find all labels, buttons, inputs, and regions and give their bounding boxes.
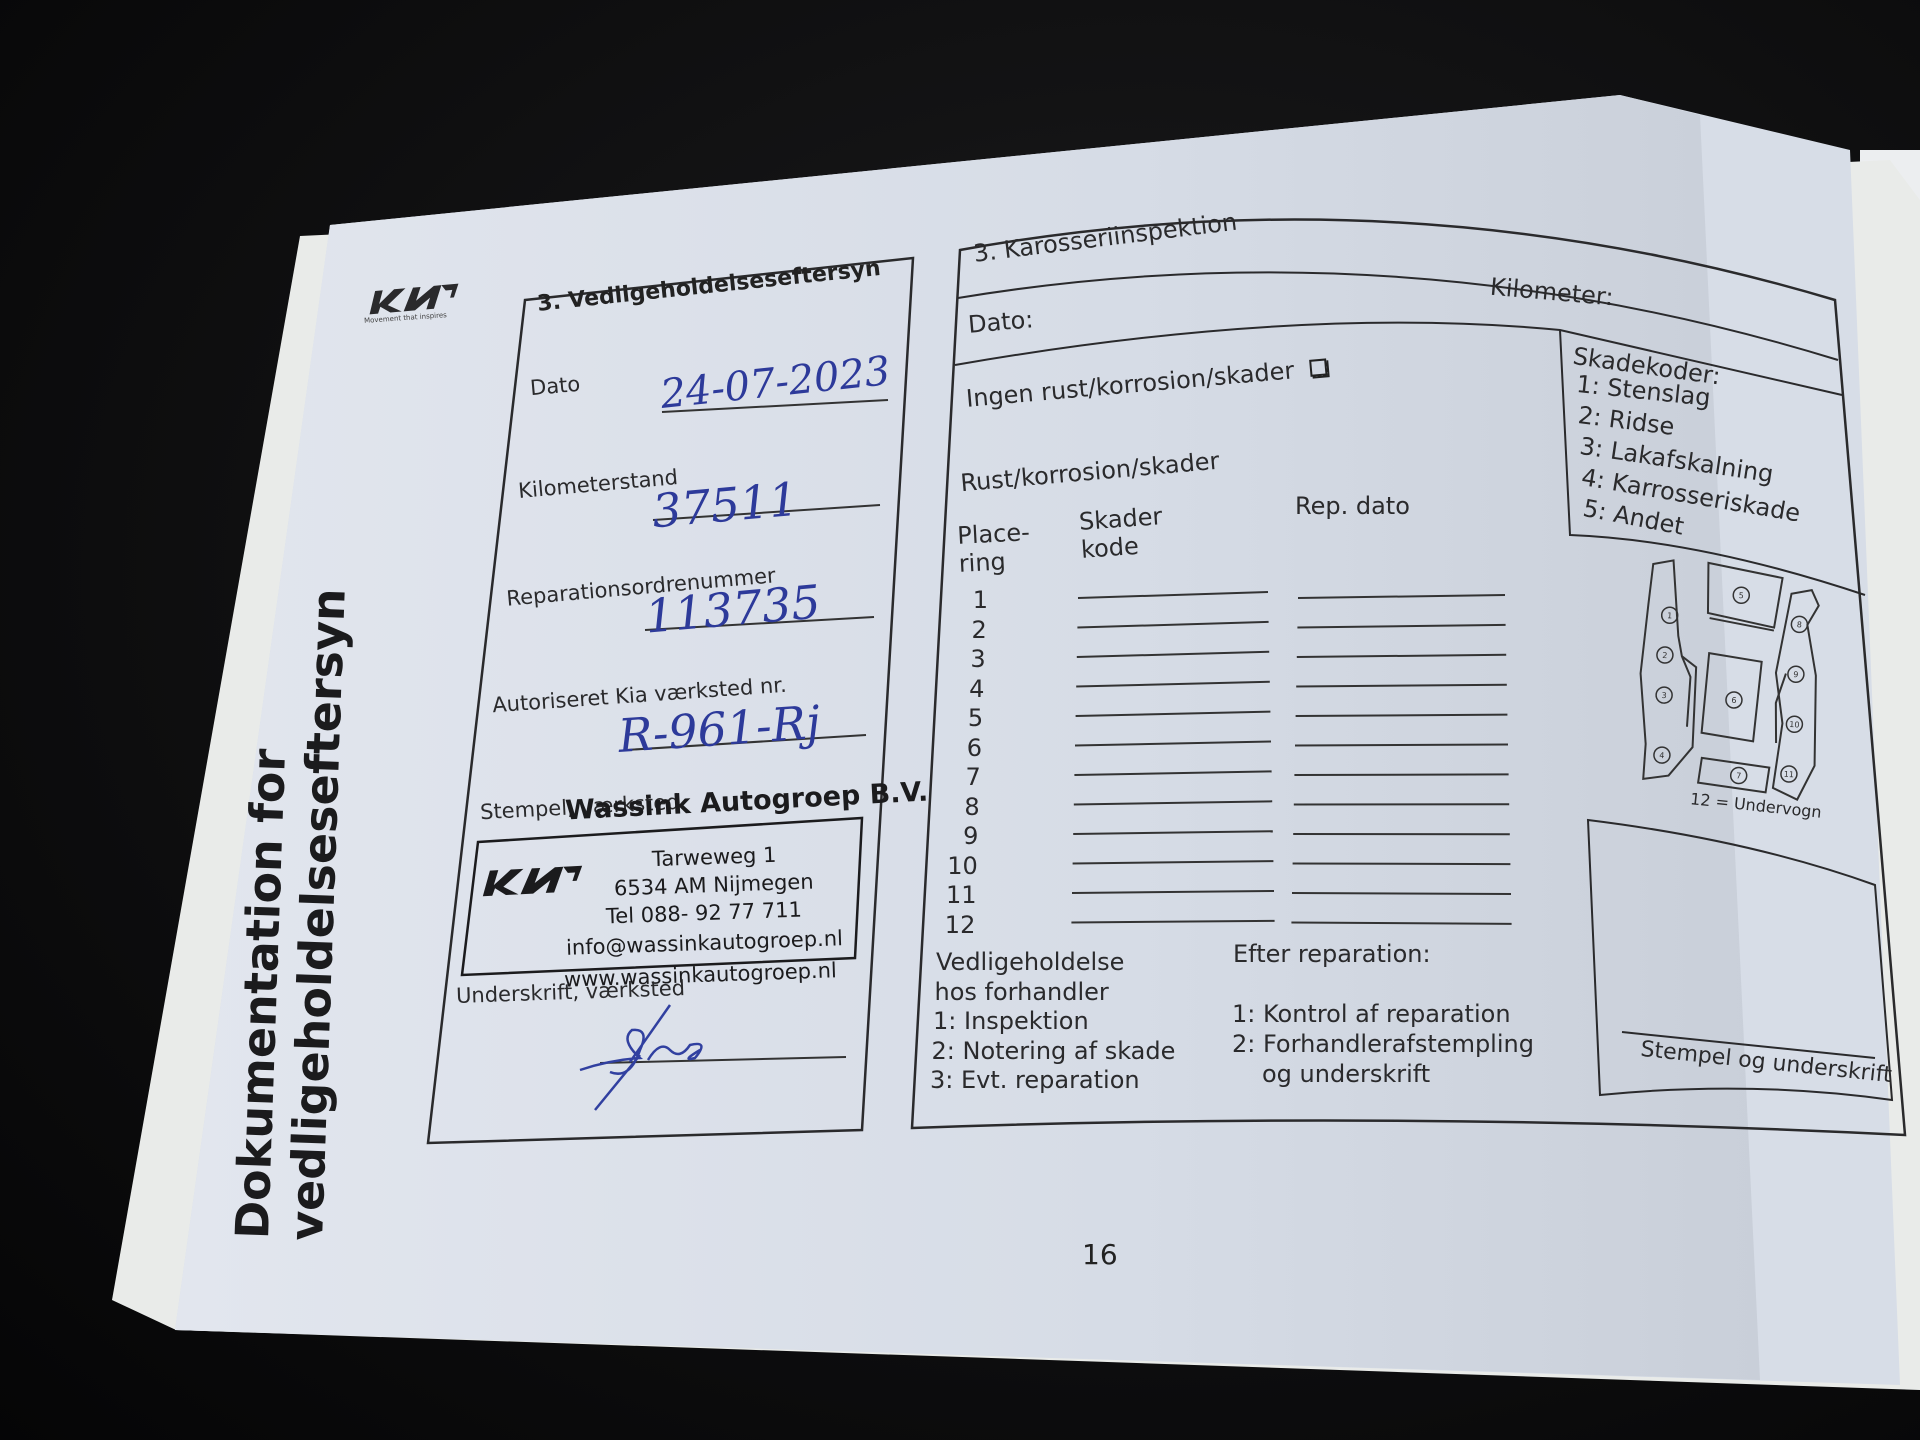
car-body-diagram: 1234567891011 [1627,553,1844,816]
svg-text:10: 10 [1789,720,1800,730]
table-row-number: 12 [945,911,975,939]
col-placering-line-2: ring [958,546,1032,578]
dealer-kia-logo [464,856,601,905]
table-row-number: 6 [952,734,982,762]
after-repair-title: Efter reparation: [1233,940,1431,968]
col-skader-kode: Skader kode [1078,502,1165,564]
table-row-number: 8 [950,793,980,821]
signature [570,1000,750,1120]
after-repair-item-1: 1: Kontrol af reparation [1232,1000,1511,1028]
maintenance-note: 2: Notering af skade [932,1037,1176,1065]
table-row-number: 5 [953,704,983,732]
svg-text:5: 5 [1738,591,1744,600]
date-label: Dato [529,372,581,400]
svg-text:4: 4 [1659,751,1665,760]
side-title: Dokumentation for vedligeholdelsesefters… [225,585,356,1241]
maintenance-note: Vedligeholdelse [936,948,1124,976]
maintenance-note: hos forhandler [935,978,1109,1006]
col-skader-kode-line-1: Skader [1078,502,1163,536]
col-placering: Place- ring [957,518,1032,578]
table-row-number: 10 [947,852,977,880]
svg-text:9: 9 [1793,670,1799,679]
table-row-number: 9 [948,822,978,850]
table-row-number: 2 [957,616,987,644]
checkbox-icon[interactable] [1309,358,1327,376]
svg-text:6: 6 [1731,696,1737,705]
table-row-number: 7 [951,763,981,791]
dealer-address-street: Tarweweg 1 [652,843,777,871]
page-number: 16 [1082,1238,1118,1271]
maintenance-note: 1: Inspektion [933,1007,1089,1035]
svg-text:1: 1 [1667,611,1673,620]
after-repair-item-2: 2: Forhandlerafstempling [1232,1030,1534,1058]
maintenance-note: 3: Evt. reparation [930,1066,1140,1094]
col-skader-kode-line-2: kode [1080,530,1165,564]
svg-text:2: 2 [1662,651,1668,660]
table-row-number: 3 [956,645,986,673]
table-row-number: 11 [946,881,976,909]
after-repair-item-3: og underskrift [1262,1060,1430,1088]
inspection-date-label: Dato: [967,305,1035,339]
table-row-number: 4 [954,675,984,703]
svg-text:3: 3 [1661,691,1667,700]
col-rep-dato: Rep. dato [1295,492,1410,520]
table-row-number: 1 [958,586,988,614]
svg-text:7: 7 [1736,771,1742,780]
svg-text:8: 8 [1796,620,1802,629]
svg-text:11: 11 [1783,770,1794,780]
col-placering-line-1: Place- [957,518,1031,550]
